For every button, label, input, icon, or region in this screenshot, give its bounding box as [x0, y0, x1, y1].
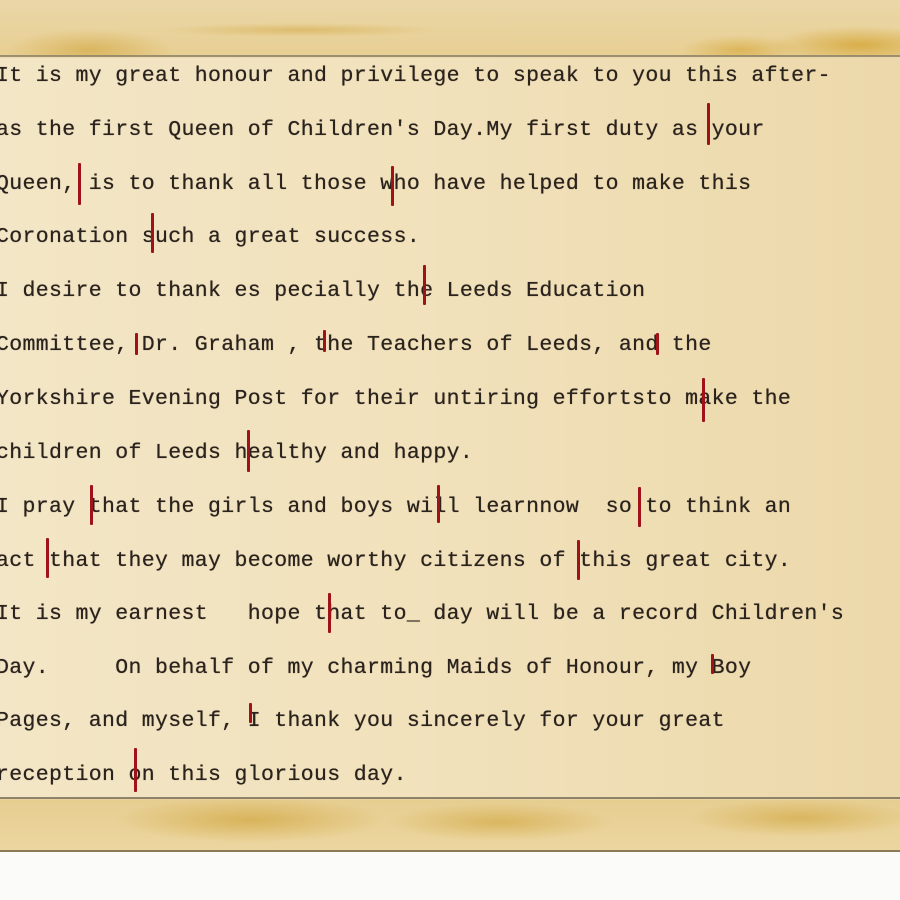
pause-mark — [151, 213, 154, 253]
text-line-14: reception on this glorious day. — [0, 762, 407, 788]
comma-mark — [656, 333, 659, 355]
pause-mark — [707, 103, 710, 145]
comma-mark — [323, 330, 326, 352]
pause-mark — [437, 485, 440, 523]
bottom-border-line — [0, 797, 900, 799]
top-border-line — [0, 55, 900, 57]
pause-mark — [90, 485, 93, 525]
text-line-3: Queen, is to thank all those who have he… — [0, 171, 751, 197]
text-line-8: children of Leeds healthy and happy. — [0, 440, 473, 466]
pause-mark — [423, 265, 426, 305]
text-line-5: I desire to thank es pecially the Leeds … — [0, 278, 645, 304]
text-line-4: Coronation such a great success. — [0, 224, 420, 250]
text-line-9: I pray that the girls and boys will lear… — [0, 494, 791, 520]
pause-mark — [328, 593, 331, 633]
text-line-11: It is my earnest hope that to_ day will … — [0, 601, 844, 627]
text-line-6: Committee, Dr. Graham , the Teachers of … — [0, 332, 712, 358]
pause-mark — [577, 540, 580, 580]
pause-mark — [638, 487, 641, 527]
comma-mark — [711, 654, 714, 674]
pause-mark — [702, 378, 705, 422]
text-line-7: Yorkshire Evening Post for their untirin… — [0, 386, 791, 412]
bottom-stained-margin — [0, 800, 900, 850]
pause-mark — [78, 163, 81, 205]
text-line-2: as the first Queen of Children's Day.My … — [0, 117, 765, 143]
text-line-1: It is my great honour and privilege to s… — [0, 63, 831, 89]
top-stained-margin — [0, 0, 900, 56]
comma-mark — [249, 703, 252, 723]
text-line-12: Day. On behalf of my charming Maids of H… — [0, 655, 751, 681]
text-line-10: act that they may become worthy citizens… — [0, 548, 791, 574]
text-line-13: Pages, and myself, I thank you sincerely… — [0, 708, 725, 734]
pause-mark — [391, 166, 394, 206]
pause-mark — [134, 748, 137, 792]
pause-mark — [46, 538, 49, 578]
comma-mark — [135, 333, 138, 355]
pause-mark — [247, 430, 250, 472]
paper-sheet: It is my great honour and privilege to s… — [0, 0, 900, 852]
scan-background — [0, 852, 900, 900]
typed-text-area: It is my great honour and privilege to s… — [0, 58, 900, 798]
